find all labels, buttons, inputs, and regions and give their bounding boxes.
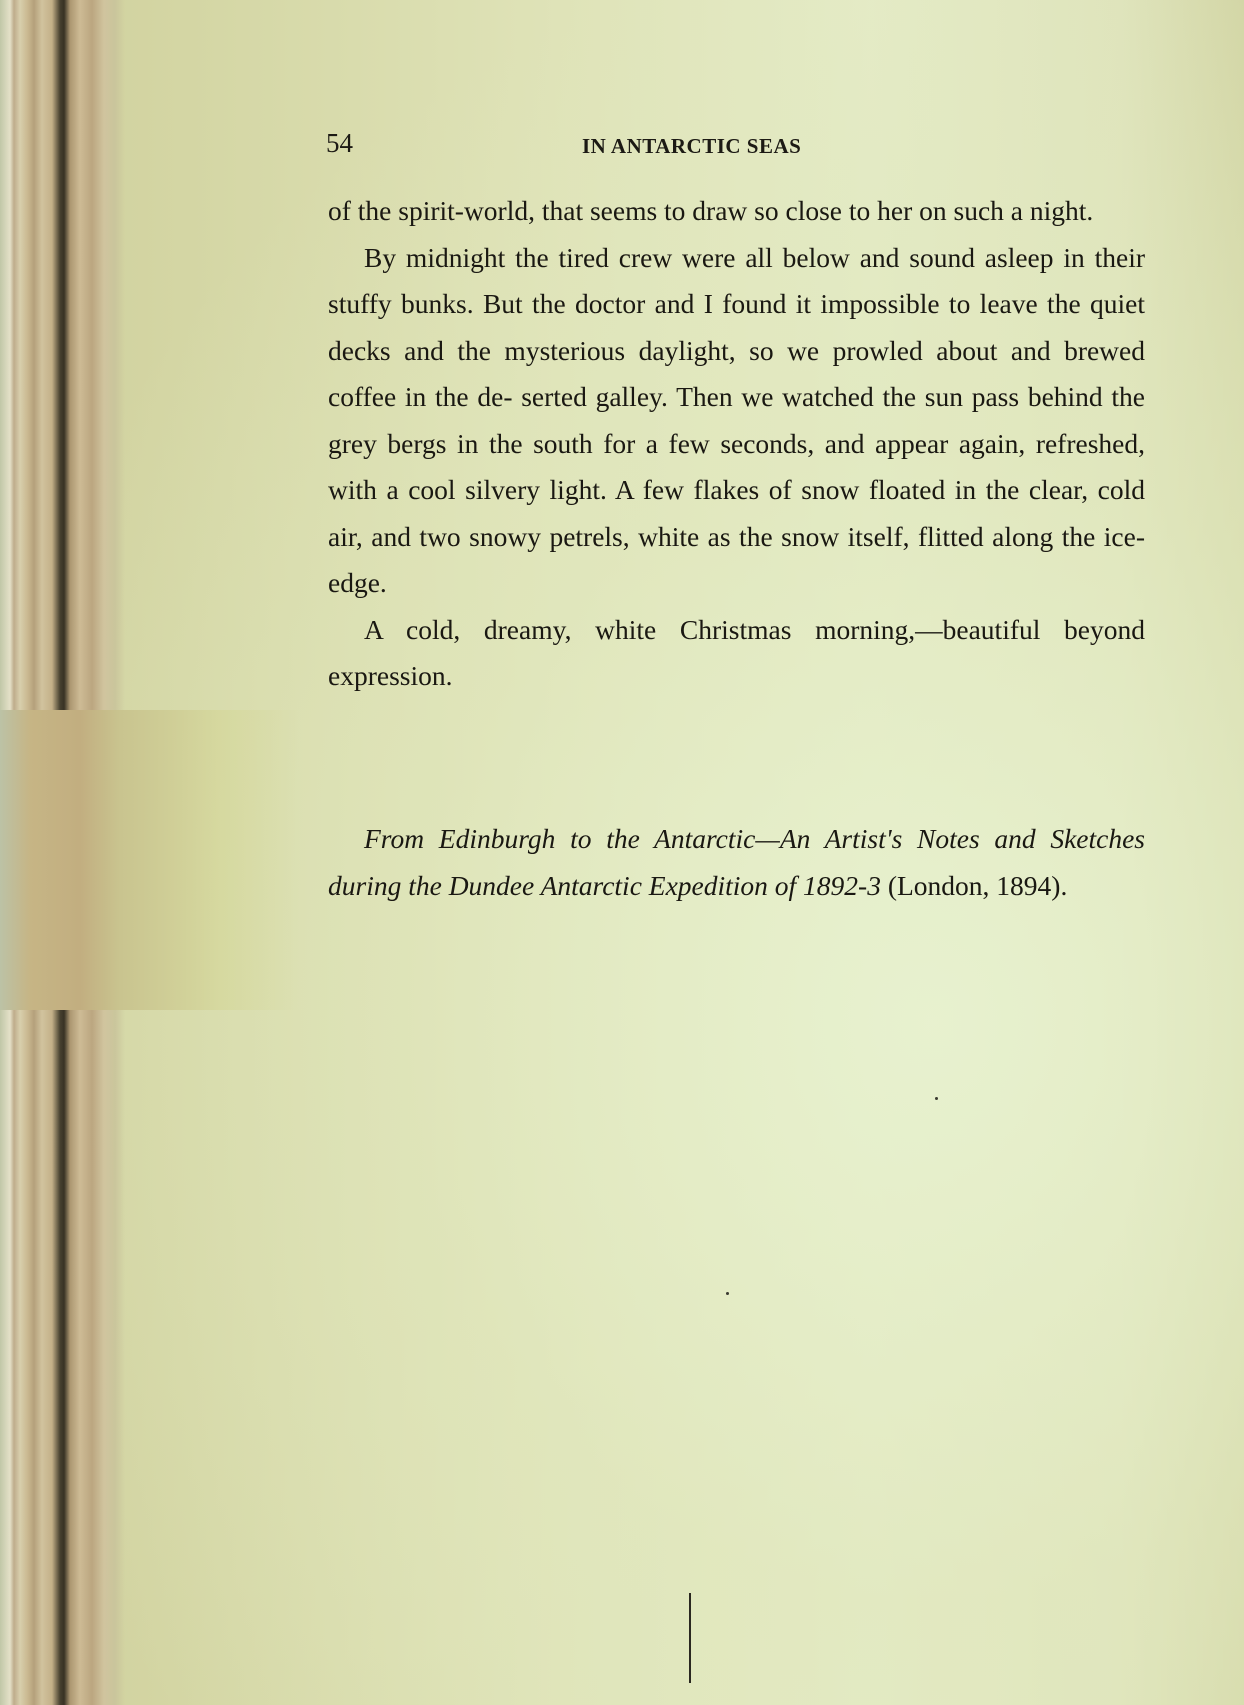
running-head: IN ANTARCTIC SEAS bbox=[582, 134, 801, 159]
paragraph-christmas-morning: A cold, dreamy, white Christmas morning,… bbox=[328, 607, 1145, 700]
source-citation: From Edinburgh to the Antarctic—An Artis… bbox=[328, 816, 1145, 909]
page-number: 54 bbox=[326, 128, 353, 159]
paper-speck bbox=[726, 1292, 729, 1295]
book-page: 54 IN ANTARCTIC SEAS of the spirit-world… bbox=[0, 0, 1244, 1705]
page-header: 54 IN ANTARCTIC SEAS bbox=[326, 128, 1146, 168]
spine-shadow-band bbox=[0, 710, 300, 1010]
citation-publication: (London, 1894). bbox=[888, 870, 1068, 901]
body-text: of the spirit-world, that seems to draw … bbox=[328, 188, 1145, 700]
paragraph-continued: of the spirit-world, that seems to draw … bbox=[328, 188, 1145, 235]
paper-speck bbox=[935, 1097, 938, 1100]
paragraph-midnight: By midnight the tired crew were all belo… bbox=[328, 235, 1145, 607]
pencil-mark bbox=[689, 1593, 691, 1683]
